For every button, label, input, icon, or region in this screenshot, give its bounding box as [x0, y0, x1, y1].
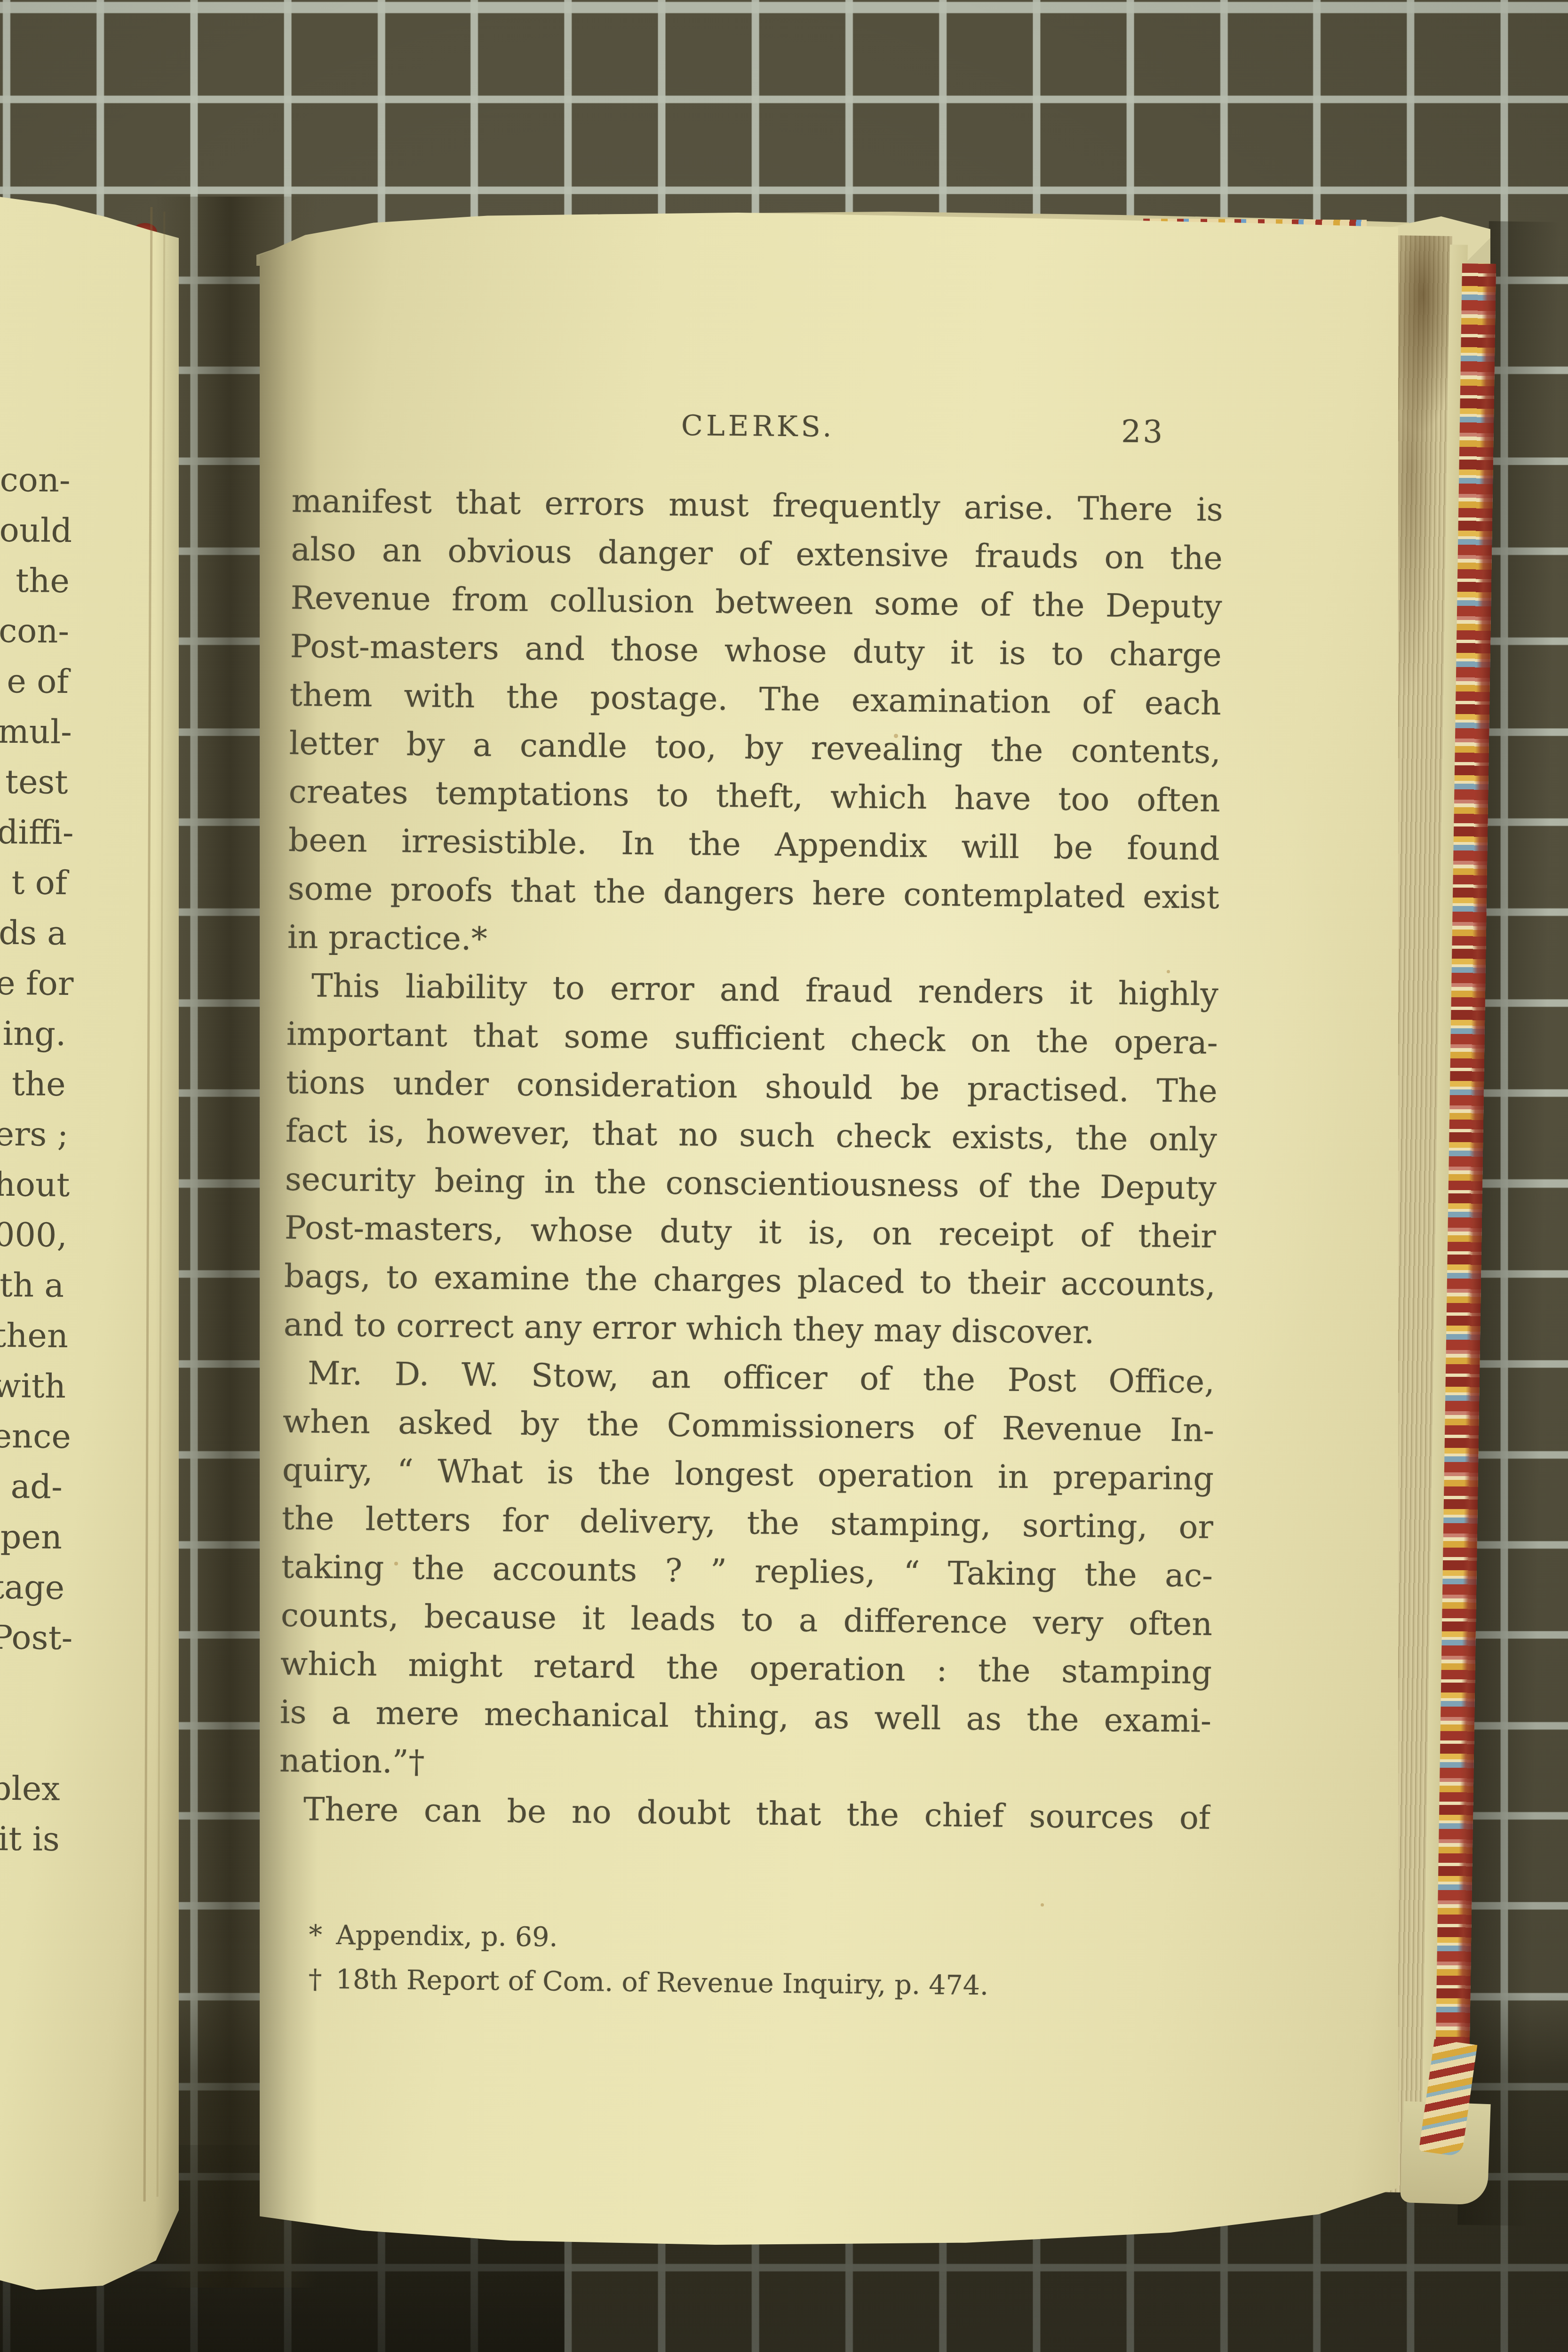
text-line: the letters for delivery, the stamping, … — [282, 1494, 1214, 1552]
page-title: CLERKS. — [292, 405, 1224, 447]
text-line: been irresistible. In the Appendix will … — [288, 816, 1220, 874]
text-line: nation.”† — [279, 1737, 1211, 1794]
facing-page-line-ending: e for — [0, 958, 67, 1009]
facing-page-line-ending: then — [0, 1311, 64, 1361]
facing-page-line-ending: test — [0, 757, 68, 808]
footnote-marker: † — [308, 1957, 336, 2002]
facing-page-line-ending: tage — [0, 1562, 62, 1613]
facing-page-line-ending: th a — [0, 1260, 64, 1311]
facing-page-line-ending: ence — [0, 1411, 63, 1462]
text-line: which might retard the operation : the s… — [280, 1640, 1212, 1697]
body-text: manifest that errors must frequently ari… — [279, 477, 1224, 1843]
text-line: Post-masters, whose duty it is, on recei… — [284, 1204, 1216, 1261]
facing-page-line-ending: the — [0, 1059, 66, 1110]
facing-page-line-ending: Post- — [0, 1613, 62, 1663]
text-line: manifest that errors must frequently ari… — [291, 477, 1223, 534]
facing-page-line-ending: with — [0, 1361, 64, 1412]
facing-page-line-ending: ad- — [0, 1462, 63, 1512]
text-line: taking the accounts ? ” replies, “ Takin… — [281, 1543, 1213, 1600]
text-line: tions under consideration should be prac… — [286, 1058, 1218, 1116]
text-line: Revenue from collusion between some of t… — [290, 574, 1222, 631]
footnote-text: Appendix, p. 69. — [336, 1920, 558, 1953]
footnote-text: 18th Report of Com. of Revenue Inquiry, … — [335, 1964, 988, 2001]
running-head: CLERKS. 23 — [292, 405, 1224, 466]
facing-page-line-ending: 000, — [0, 1210, 64, 1261]
text-line: them with the postage. The examination o… — [289, 671, 1221, 728]
text-line: security being in the conscientiousness … — [285, 1155, 1217, 1213]
text-line: is a mere mechanical thing, as well as t… — [280, 1688, 1212, 1746]
footnote-marker: * — [309, 1913, 336, 1957]
text-line: This liability to error and fraud render… — [287, 961, 1218, 1019]
facing-page-line-ending: con- — [0, 606, 69, 657]
text-line: some proofs that the dangers here contem… — [287, 865, 1219, 922]
text-line: letter by a candle too, by revealing the… — [289, 719, 1221, 777]
text-line: creates temptations to theft, which have… — [288, 768, 1220, 825]
text-line: bags, to examine the charges placed to t… — [284, 1252, 1216, 1310]
footnote: †18th Report of Com. of Revenue Inquiry,… — [308, 1957, 1184, 2010]
text-line: also an obvious danger of extensive frau… — [291, 525, 1223, 583]
text-line: Mr. D. W. Stow, an officer of the Post O… — [283, 1349, 1215, 1406]
facing-page-line-ending: con- — [0, 455, 71, 506]
facing-page-line-ending: pen — [0, 1512, 62, 1563]
text-line: fact is, however, that no such check exi… — [285, 1107, 1217, 1164]
text-line: There can be no doubt that the chief sou… — [279, 1785, 1211, 1843]
facing-page-line-ending: ers ; — [0, 1109, 65, 1160]
text-line: quiry, “ What is the longest operation i… — [282, 1446, 1214, 1503]
facing-page-line-ending: ing. — [0, 1009, 66, 1059]
text-line: and to correct any error which they may … — [283, 1301, 1215, 1358]
facing-page-line-ending — [0, 1713, 61, 1764]
facing-page-text-fragments: con-ouldthecon-e ofmul-testdiffi-t ofds … — [0, 455, 71, 1865]
facing-page-line-ending: mul- — [0, 707, 69, 757]
page-number: 23 — [1121, 413, 1165, 450]
facing-page-line-ending — [0, 1663, 61, 1714]
page-content: CLERKS. 23 manifest that errors must fre… — [276, 0, 1228, 2173]
facing-page-line-ending: diffi- — [0, 807, 68, 858]
text-line: when asked by the Commissioners of Reven… — [282, 1398, 1214, 1455]
photo-of-open-book: { "page": { "header_title": "CLERKS.", "… — [0, 0, 1568, 2352]
facing-page-line-ending: plex — [0, 1764, 60, 1814]
text-line: in practice.* — [287, 913, 1219, 970]
facing-page-line-ending: the — [0, 556, 70, 606]
facing-page-line-ending: hout — [0, 1160, 65, 1210]
footnotes: *Appendix, p. 69.†18th Report of Com. of… — [308, 1913, 1184, 2010]
facing-page-line-ending: t of — [0, 858, 67, 908]
text-line: counts, because it leads to a difference… — [281, 1591, 1213, 1649]
facing-page-line-ending: ould — [0, 505, 70, 556]
facing-page-line-ending: e of — [0, 656, 69, 707]
facing-page-line-ending: it is — [0, 1814, 60, 1865]
facing-page-line-ending: ds a — [0, 908, 67, 959]
text-line: important that some sufficient check on … — [286, 1010, 1218, 1067]
text-line: Post-masters and those whose duty it is … — [290, 622, 1222, 680]
footnote: *Appendix, p. 69. — [309, 1913, 1184, 1965]
